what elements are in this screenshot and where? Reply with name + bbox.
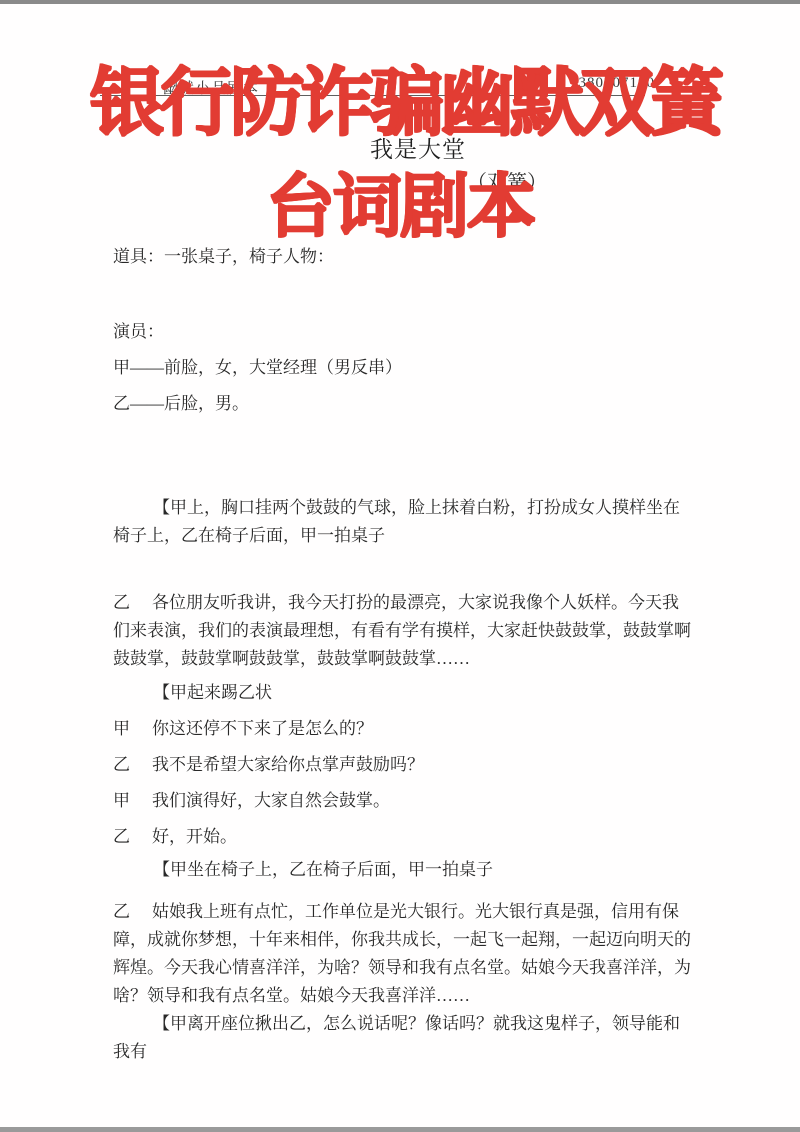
speaker-label: 乙	[113, 827, 130, 846]
cast-line-yi: 乙——后脸，男。	[113, 390, 695, 418]
speaker-label: 乙	[113, 755, 130, 774]
dialogue-line: 甲你这还停不下来了是怎么的？	[113, 715, 695, 743]
page-top-border	[0, 0, 800, 4]
props-line: 道具：一张桌子，椅子人物：	[113, 243, 695, 271]
script-body: 道具：一张桌子，椅子人物： 演员： 甲——前脸，女，大堂经理（男反串） 乙——后…	[113, 243, 695, 1074]
stage-direction: 【甲上，胸口挂两个鼓鼓的气球，脸上抹着白粉，打扮成女人摸样坐在椅子上，乙在椅子后…	[113, 494, 695, 550]
dialogue-line: 乙各位朋友听我讲，我今天打扮的最漂亮，大家说我像个人妖样。今天我们来表演，我们的…	[113, 589, 695, 673]
document-page: 幽默小品剧本 1380907180 我是大堂 （双簧） 银行防诈骗幽默双簧 台词…	[0, 0, 800, 1132]
speaker-label: 乙	[113, 902, 130, 921]
cast-heading: 演员：	[113, 318, 695, 346]
speaker-label: 乙	[113, 593, 130, 612]
page-bottom-border	[0, 1127, 800, 1132]
stage-direction: 【甲坐在椅子上，乙在椅子后面，甲一拍桌子	[113, 856, 695, 884]
speaker-label: 甲	[113, 791, 130, 810]
dialogue-line: 乙姑娘我上班有点忙，工作单位是光大银行。光大银行真是强，信用有保障，成就你梦想，…	[113, 898, 695, 1010]
dialogue-line: 甲我们演得好，大家自然会鼓掌。	[113, 787, 695, 815]
red-overlay-title-line1: 银行防诈骗幽默双簧	[90, 44, 720, 150]
red-overlay-title-line2: 台词剧本	[266, 151, 534, 250]
dialogue-line: 乙好，开始。	[113, 823, 695, 851]
stage-direction: 【甲起来踢乙状	[113, 679, 695, 707]
speaker-label: 甲	[113, 719, 130, 738]
dialogue-line: 乙我不是希望大家给你点掌声鼓励吗？	[113, 751, 695, 779]
stage-direction: 【甲离开座位揪出乙，怎么说话呢？像话吗？就我这鬼样子，领导能和我有	[113, 1010, 695, 1066]
cast-line-jia: 甲——前脸，女，大堂经理（男反串）	[113, 354, 695, 382]
